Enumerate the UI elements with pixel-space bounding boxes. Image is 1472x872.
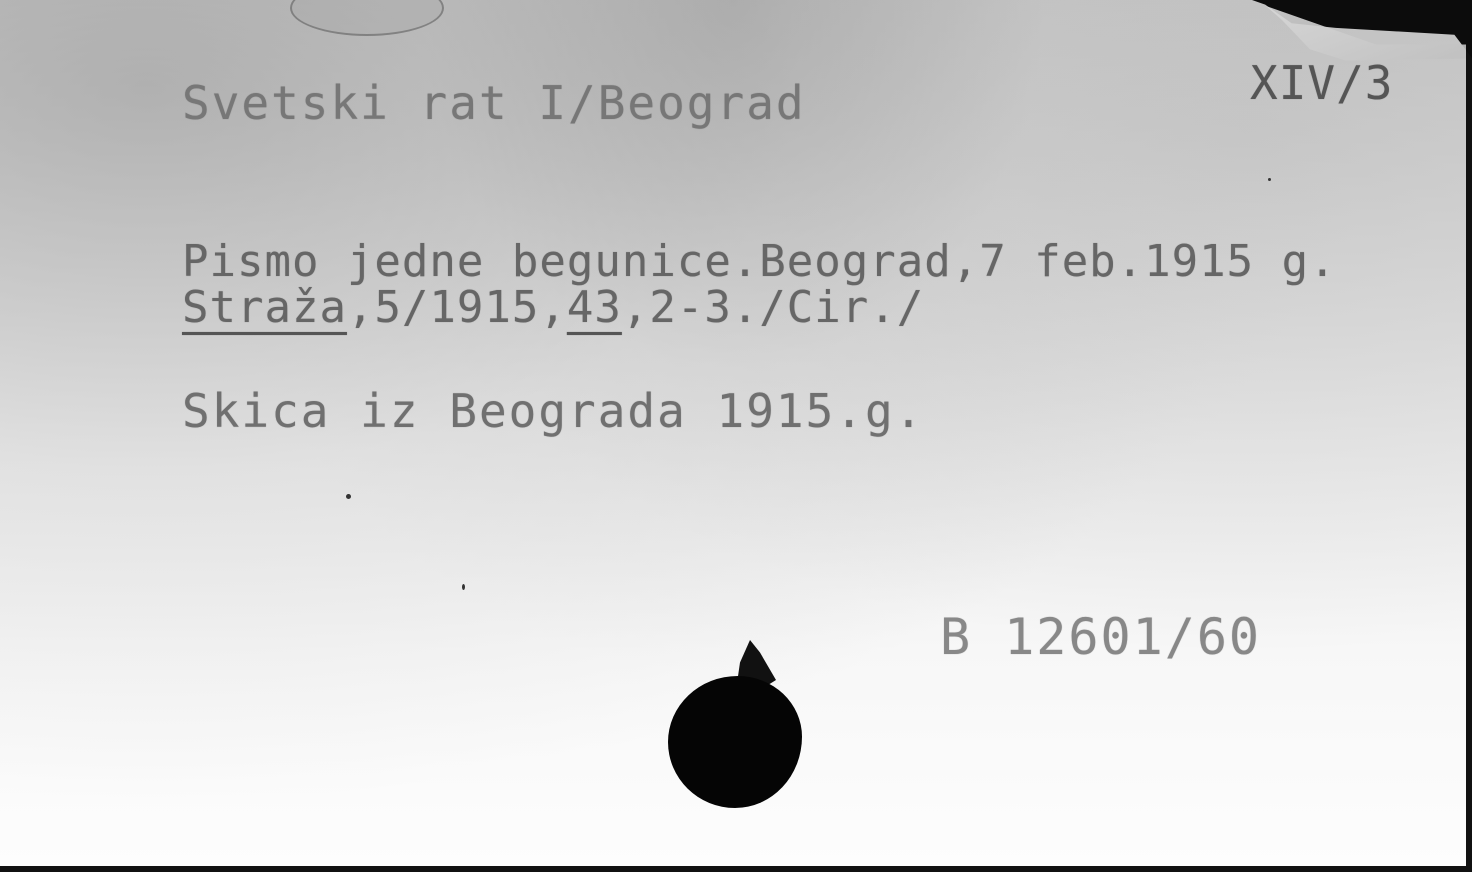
dust-speck [462, 584, 465, 590]
card-heading: Svetski rat I/Beograd [182, 76, 806, 130]
source-name: Straža [182, 282, 347, 333]
entry-note: Skica iz Beograda 1915.g. [182, 384, 924, 438]
dust-speck [1268, 178, 1271, 181]
paper-stain [290, 0, 444, 36]
entry-title: Pismo jedne begunice.Beograd,7 feb.1915 … [182, 236, 1337, 287]
entry-source: Straža,5/1915,43,2-3./Cir./ [182, 282, 924, 333]
source-pages: ,2-3./Cir./ [622, 282, 924, 333]
dust-speck [346, 494, 351, 499]
issue-number: 43 [567, 282, 622, 333]
source-date: ,5/1915, [347, 282, 567, 333]
catalog-card: Svetski rat I/Beograd XIV/3 Pismo jedne … [0, 0, 1472, 872]
call-number: B 12601/60 [940, 608, 1261, 666]
classification-code: XIV/3 [1250, 56, 1393, 110]
punch-hole [668, 676, 802, 808]
